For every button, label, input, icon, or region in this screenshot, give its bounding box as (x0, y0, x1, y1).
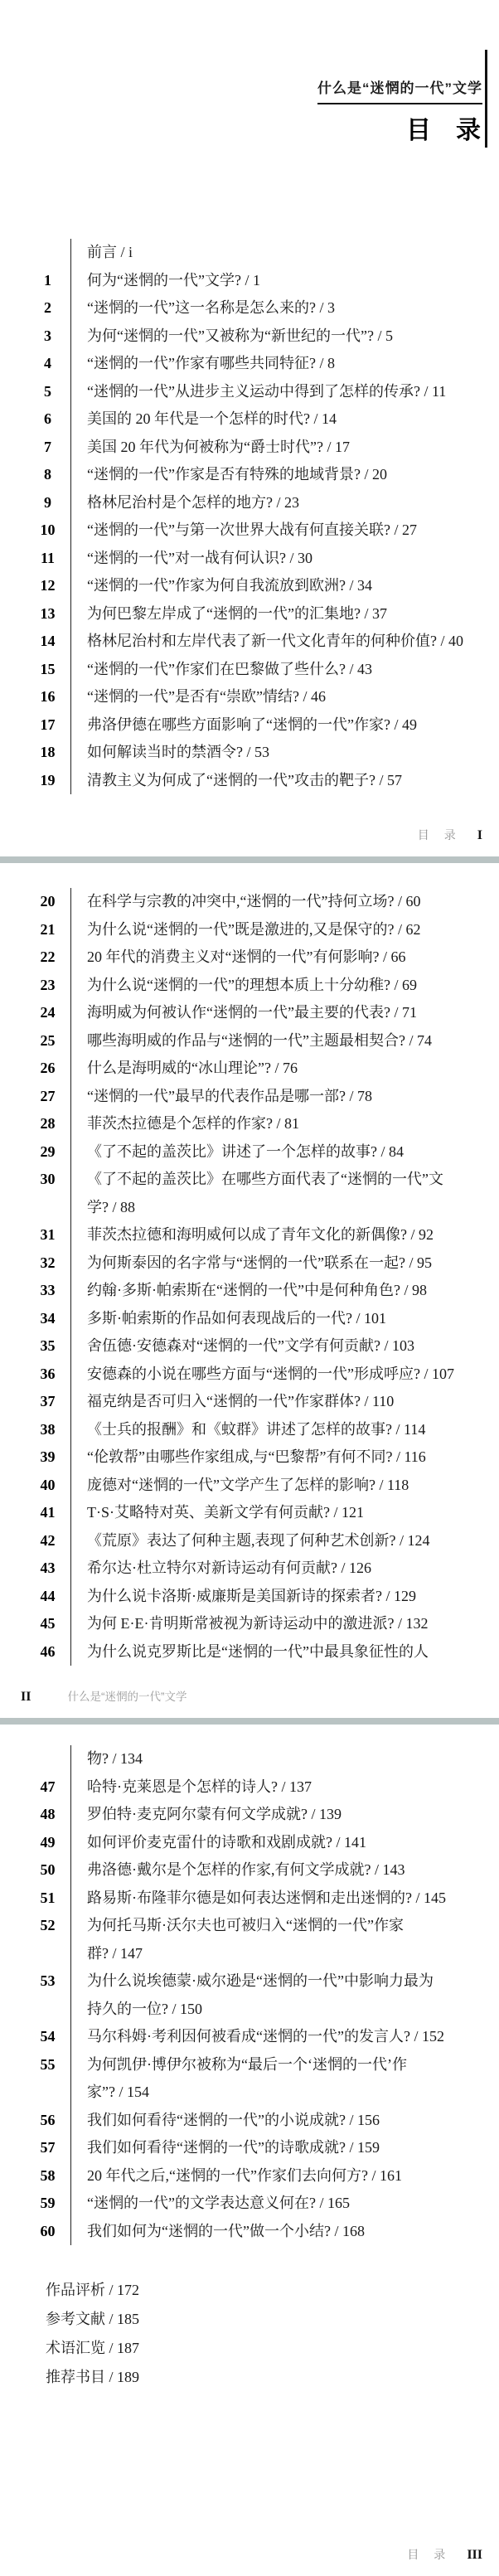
footer-section-label: 目 录 (407, 2546, 447, 2563)
toc-item-number: 16 (25, 683, 70, 711)
page-divider-1 (0, 856, 499, 863)
toc-item-number: 29 (25, 1138, 70, 1167)
toc-item-text: 希尔达·杜立特尔对新诗运动有何贡献? / 126 (70, 1555, 484, 1583)
toc-item-text: “迷惘的一代”作家有哪些共同特征? / 8 (70, 350, 484, 378)
toc-row: 42 《荒原》表达了何种主题,表现了何种艺术创新? / 124 (25, 1527, 484, 1555)
backmatter-item: 推荐书目 / 189 (46, 2363, 499, 2392)
toc-row: 16 “迷惘的一代”是否有“崇欧”情结? / 46 (25, 683, 484, 711)
toc-item-number: 45 (25, 1610, 70, 1638)
toc-item-number: 19 (25, 767, 70, 795)
toc-item-text: 路易斯·布隆菲尔德是如何表达迷惘和走出迷惘的? / 145 (70, 1885, 484, 1913)
toc-item-number: 47 (25, 1773, 70, 1802)
toc-item-number: 44 (25, 1583, 70, 1611)
toc-row: 36 安德森的小说在哪些方面与“迷惘的一代”形成呼应? / 107 (25, 1361, 484, 1389)
toc-item-number: 7 (25, 434, 70, 462)
toc-row: 33 约翰·多斯·帕索斯在“迷惘的一代”中是何种角色? / 98 (25, 1277, 484, 1305)
toc-row: 10 “迷惘的一代”与第一次世界大战有何直接关联? / 27 (25, 517, 484, 545)
toc-list-page3: 物? / 134 47 哈特·克莱恩是个怎样的诗人? / 137 48 罗伯特·… (25, 1725, 484, 2245)
toc-item-number: 52 (25, 1912, 70, 1940)
toc-item-text: 菲茨杰拉德和海明威何以成了青年文化的新偶像? / 92 (70, 1221, 484, 1249)
toc-item-text: 哪些海明威的作品与“迷惘的一代”主题最相契合? / 74 (70, 1027, 484, 1055)
toc-item-text: 为什么说克罗斯比是“迷惘的一代”中最具象征性的人 (70, 1638, 484, 1666)
toc-row: 37 福克纳是否可归入“迷惘的一代”作家群体? / 110 (25, 1388, 484, 1416)
toc-item-number: 18 (25, 739, 70, 767)
toc-item-number: 55 (25, 2051, 70, 2079)
backmatter-item: 参考文献 / 185 (46, 2305, 499, 2334)
toc-item-text: 为什么说卡洛斯·威廉斯是美国新诗的探索者? / 129 (70, 1583, 484, 1611)
toc-row: 39 “伦敦帮”由哪些作家组成,与“巴黎帮”有何不同? / 116 (25, 1443, 484, 1472)
toc-item-number: 3 (25, 323, 70, 351)
toc-row: 22 20 年代的消费主义对“迷惘的一代”有何影响? / 66 (25, 944, 484, 972)
toc-row: 9 格林尼治村是个怎样的地方? / 23 (25, 489, 484, 517)
footer-page-number: II (21, 1690, 31, 1705)
toc-item-number: 25 (25, 1027, 70, 1055)
toc-row: 29 《了不起的盖茨比》讲述了一个怎样的故事? / 84 (25, 1138, 484, 1167)
toc-item-text: “迷惘的一代”最早的代表作品是哪一部? / 78 (70, 1083, 484, 1111)
backmatter-list: 作品评析 / 172 参考文献 / 185 术语汇览 / 187 推荐书目 / … (46, 2276, 499, 2392)
toc-item-text: 何为“迷惘的一代”文学? / 1 (70, 267, 484, 295)
toc-item-text: 《荒原》表达了何种主题,表现了何种艺术创新? / 124 (70, 1527, 484, 1555)
toc-item-text: “迷惘的一代”这一名称是怎么来的? / 3 (70, 294, 484, 323)
toc-item-number: 10 (25, 517, 70, 545)
toc-item-text: “伦敦帮”由哪些作家组成,与“巴黎帮”有何不同? / 116 (70, 1443, 484, 1472)
toc-item-number: 36 (25, 1361, 70, 1389)
toc-item-number: 23 (25, 972, 70, 1000)
toc-row: 57 我们如何看待“迷惘的一代”的诗歌成就? / 159 (25, 2134, 484, 2162)
toc-row: 35 舍伍德·安德森对“迷惘的一代”文学有何贡献? / 103 (25, 1332, 484, 1361)
toc-item-number: 43 (25, 1555, 70, 1583)
toc-row: 13 为何巴黎左岸成了“迷惘的一代”的汇集地? / 37 (25, 600, 484, 628)
toc-row: 5 “迷惘的一代”从进步主义运动中得到了怎样的传承? / 11 (25, 378, 484, 406)
toc-row: 48 罗伯特·麦克阿尔蒙有何文学成就? / 139 (25, 1801, 484, 1829)
toc-item-number: 58 (25, 2162, 70, 2190)
toc-row: 55 为何凯伊·博伊尔被称为“最后一个‘迷惘的一代’作 家”? / 154 (25, 2051, 484, 2107)
footer-running-title: 什么是“迷惘的一代”文学 (67, 1687, 187, 1704)
toc-item-number: 12 (25, 572, 70, 600)
footer-section-label: 目 录 (418, 827, 458, 843)
toc-item-text: “迷惘的一代”的文学表达意义何在? / 165 (70, 2190, 484, 2218)
toc-item-number: 57 (25, 2134, 70, 2162)
toc-item-text: 舍伍德·安德森对“迷惘的一代”文学有何贡献? / 103 (70, 1332, 484, 1361)
toc-row: 25 哪些海明威的作品与“迷惘的一代”主题最相契合? / 74 (25, 1027, 484, 1055)
toc-item-text: 物? / 134 (70, 1745, 484, 1773)
toc-item-number: 8 (25, 461, 70, 489)
toc-item-number: 50 (25, 1856, 70, 1885)
toc-item-number: 59 (25, 2190, 70, 2218)
toc-item-text: 弗洛伊德在哪些方面影响了“迷惘的一代”作家? / 49 (70, 711, 484, 740)
toc-item-text: 《士兵的报酬》和《蚊群》讲述了怎样的故事? / 114 (70, 1416, 484, 1444)
toc-item-text: 《了不起的盖茨比》在哪些方面代表了“迷惘的一代”文 学? / 88 (70, 1166, 484, 1221)
toc-item-text: 为何 E·E·肯明斯常被视为新诗运动中的激进派? / 132 (70, 1610, 484, 1638)
toc-item-number: 33 (25, 1277, 70, 1305)
toc-row: 51 路易斯·布隆菲尔德是如何表达迷惘和走出迷惘的? / 145 (25, 1885, 484, 1913)
toc-row: 7 美国 20 年代为何被称为“爵士时代”? / 17 (25, 434, 484, 462)
toc-item-number: 1 (25, 267, 70, 295)
toc-item-text: 为什么说“迷惘的一代”的理想本质上十分幼稚? / 69 (70, 972, 484, 1000)
toc-item-text: 为何巴黎左岸成了“迷惘的一代”的汇集地? / 37 (70, 600, 484, 628)
toc-item-text: “迷惘的一代”与第一次世界大战有何直接关联? / 27 (70, 517, 484, 545)
backmatter-item: 作品评析 / 172 (46, 2276, 499, 2305)
toc-item-text: “迷惘的一代”作家是否有特殊的地域背景? / 20 (70, 461, 484, 489)
toc-item-number: 27 (25, 1083, 70, 1111)
page1-footer: 目 录 I (418, 827, 482, 843)
toc-row: 52 为何托马斯·沃尔夫也可被归入“迷惘的一代”作家 群? / 147 (25, 1912, 484, 1967)
toc-item-text: 福克纳是否可归入“迷惘的一代”作家群体? / 110 (70, 1388, 484, 1416)
toc-item-number: 20 (25, 888, 70, 916)
toc-item-number: 46 (25, 1638, 70, 1666)
toc-item-number: 42 (25, 1527, 70, 1555)
page3-footer: 目 录 III (407, 2546, 482, 2563)
toc-item-text: “迷惘的一代”作家们在巴黎做了些什么? / 43 (70, 656, 484, 684)
toc-item-number: 28 (25, 1110, 70, 1138)
toc-item-number: 17 (25, 711, 70, 740)
toc-row: 28 菲茨杰拉德是个怎样的作家? / 81 (25, 1110, 484, 1138)
toc-row: 43 希尔达·杜立特尔对新诗运动有何贡献? / 126 (25, 1555, 484, 1583)
toc-item-number: 24 (25, 999, 70, 1027)
page-divider-2 (0, 1718, 499, 1725)
toc-item-text: 海明威为何被认作“迷惘的一代”最主要的代表? / 71 (70, 999, 484, 1027)
toc-row: 19 清教主义为何成了“迷惘的一代”攻击的靶子? / 57 (25, 767, 484, 795)
toc-item-text: 前言 / i (70, 239, 484, 267)
page-header: 什么是“迷惘的一代”文学 (0, 76, 499, 104)
toc-item-text: 我们如何看待“迷惘的一代”的诗歌成就? / 159 (70, 2134, 484, 2162)
toc-item-text: 多斯·帕索斯的作品如何表现战后的一代? / 101 (70, 1305, 484, 1333)
toc-item-text: 为何“迷惘的一代”又被称为“新世纪的一代”? / 5 (70, 323, 484, 351)
toc-title: 目 录 (0, 116, 499, 146)
toc-item-number: 53 (25, 1967, 70, 1996)
toc-item-text: T·S·艾略特对英、美新文学有何贡献? / 121 (70, 1499, 484, 1527)
toc-item-text: 在科学与宗教的冲突中,“迷惘的一代”持何立场? / 60 (70, 888, 484, 916)
toc-list-page1: 前言 / i 1 何为“迷惘的一代”文学? / 1 2 “迷惘的一代”这一名称是… (25, 239, 484, 794)
toc-item-text: 约翰·多斯·帕索斯在“迷惘的一代”中是何种角色? / 98 (70, 1277, 484, 1305)
toc-row: 46 为什么说克罗斯比是“迷惘的一代”中最具象征性的人 (25, 1638, 484, 1666)
toc-item-number: 48 (25, 1801, 70, 1829)
toc-row: 15 “迷惘的一代”作家们在巴黎做了些什么? / 43 (25, 656, 484, 684)
toc-row: 59 “迷惘的一代”的文学表达意义何在? / 165 (25, 2190, 484, 2218)
toc-item-number: 35 (25, 1332, 70, 1361)
toc-item-text: 格林尼治村是个怎样的地方? / 23 (70, 489, 484, 517)
toc-row: 58 20 年代之后,“迷惘的一代”作家们去向何方? / 161 (25, 2162, 484, 2190)
toc-row-preface: 前言 / i (25, 239, 484, 267)
footer-page-number: III (467, 2548, 482, 2563)
toc-item-text: 哈特·克莱恩是个怎样的诗人? / 137 (70, 1773, 484, 1802)
toc-item-number: 4 (25, 350, 70, 378)
toc-item-text: “迷惘的一代”对一战有何认识? / 30 (70, 545, 484, 573)
toc-item-text: 安德森的小说在哪些方面与“迷惘的一代”形成呼应? / 107 (70, 1361, 484, 1389)
toc-item-number: 54 (25, 2023, 70, 2051)
toc-row: 8 “迷惘的一代”作家是否有特殊的地域背景? / 20 (25, 461, 484, 489)
toc-item-number: 38 (25, 1416, 70, 1444)
toc-row: 23 为什么说“迷惘的一代”的理想本质上十分幼稚? / 69 (25, 972, 484, 1000)
toc-row: 50 弗洛德·戴尔是个怎样的作家,有何文学成就? / 143 (25, 1856, 484, 1885)
page2-footer: II 什么是“迷惘的一代”文学 (21, 1687, 187, 1705)
toc-row: 17 弗洛伊德在哪些方面影响了“迷惘的一代”作家? / 49 (25, 711, 484, 740)
toc-item-text: 清教主义为何成了“迷惘的一代”攻击的靶子? / 57 (70, 767, 484, 795)
toc-item-number: 15 (25, 656, 70, 684)
toc-item-text: 20 年代的消费主义对“迷惘的一代”有何影响? / 66 (70, 944, 484, 972)
toc-row-continuation: 物? / 134 (25, 1745, 484, 1773)
running-title: 什么是“迷惘的一代”文学 (317, 76, 482, 104)
toc-row: 40 庞德对“迷惘的一代”文学产生了怎样的影响? / 118 (25, 1472, 484, 1500)
toc-item-text: 为什么说埃德蒙·威尔逊是“迷惘的一代”中影响力最为 持久的一位? / 150 (70, 1967, 484, 2023)
toc-row: 4 “迷惘的一代”作家有哪些共同特征? / 8 (25, 350, 484, 378)
toc-row: 56 我们如何看待“迷惘的一代”的小说成就? / 156 (25, 2107, 484, 2135)
toc-item-text: 格林尼治村和左岸代表了新一代文化青年的何种价值? / 40 (70, 628, 484, 656)
toc-item-number: 39 (25, 1443, 70, 1472)
toc-row: 30 《了不起的盖茨比》在哪些方面代表了“迷惘的一代”文 学? / 88 (25, 1166, 484, 1221)
toc-item-number: 13 (25, 600, 70, 628)
toc-row: 27 “迷惘的一代”最早的代表作品是哪一部? / 78 (25, 1083, 484, 1111)
toc-item-text: 为何托马斯·沃尔夫也可被归入“迷惘的一代”作家 群? / 147 (70, 1912, 484, 1967)
toc-row: 3 为何“迷惘的一代”又被称为“新世纪的一代”? / 5 (25, 323, 484, 351)
toc-row: 14 格林尼治村和左岸代表了新一代文化青年的何种价值? / 40 (25, 628, 484, 656)
toc-row: 53 为什么说埃德蒙·威尔逊是“迷惘的一代”中影响力最为 持久的一位? / 15… (25, 1967, 484, 2023)
toc-item-text: 20 年代之后,“迷惘的一代”作家们去向何方? / 161 (70, 2162, 484, 2190)
toc-item-number: 60 (25, 2218, 70, 2246)
toc-item-text: 为什么说“迷惘的一代”既是激进的,又是保守的? / 62 (70, 916, 484, 944)
toc-row: 34 多斯·帕索斯的作品如何表现战后的一代? / 101 (25, 1305, 484, 1333)
toc-row: 31 菲茨杰拉德和海明威何以成了青年文化的新偶像? / 92 (25, 1221, 484, 1249)
toc-item-number: 31 (25, 1221, 70, 1249)
toc-page-3: 物? / 134 47 哈特·克莱恩是个怎样的诗人? / 137 48 罗伯特·… (0, 1725, 499, 2576)
toc-item-text: 罗伯特·麦克阿尔蒙有何文学成就? / 139 (70, 1801, 484, 1829)
footer-page-number: I (477, 828, 482, 843)
toc-item-number: 56 (25, 2107, 70, 2135)
toc-page-1: 什么是“迷惘的一代”文学 目 录 前言 / i 1 何为“迷惘的一代”文学? /… (0, 0, 499, 856)
toc-row: 12 “迷惘的一代”作家为何自我流放到欧洲? / 34 (25, 572, 484, 600)
toc-item-text: 我们如何为“迷惘的一代”做一个小结? / 168 (70, 2218, 484, 2246)
toc-row: 45 为何 E·E·肯明斯常被视为新诗运动中的激进派? / 132 (25, 1610, 484, 1638)
toc-item-text: 菲茨杰拉德是个怎样的作家? / 81 (70, 1110, 484, 1138)
toc-item-number: 22 (25, 944, 70, 972)
toc-item-number: 34 (25, 1305, 70, 1333)
toc-row: 2 “迷惘的一代”这一名称是怎么来的? / 3 (25, 294, 484, 323)
toc-item-number: 40 (25, 1472, 70, 1500)
toc-item-number: 30 (25, 1166, 70, 1194)
toc-row: 26 什么是海明威的“冰山理论”? / 76 (25, 1055, 484, 1083)
toc-row: 20 在科学与宗教的冲突中,“迷惘的一代”持何立场? / 60 (25, 888, 484, 916)
toc-item-number: 14 (25, 628, 70, 656)
toc-item-number: 37 (25, 1388, 70, 1416)
toc-item-number: 32 (25, 1249, 70, 1278)
toc-item-text: 马尔科姆·考利因何被看成“迷惘的一代”的发言人? / 152 (70, 2023, 484, 2051)
toc-item-number: 6 (25, 405, 70, 434)
toc-item-text: “迷惘的一代”作家为何自我流放到欧洲? / 34 (70, 572, 484, 600)
toc-row: 49 如何评价麦克雷什的诗歌和戏剧成就? / 141 (25, 1829, 484, 1857)
toc-item-text: 为何斯泰因的名字常与“迷惘的一代”联系在一起? / 95 (70, 1249, 484, 1278)
toc-row: 18 如何解读当时的禁酒令? / 53 (25, 739, 484, 767)
toc-item-number: 51 (25, 1885, 70, 1913)
toc-item-number: 49 (25, 1829, 70, 1857)
toc-item-number: 5 (25, 378, 70, 406)
toc-item-text: 为何凯伊·博伊尔被称为“最后一个‘迷惘的一代’作 家”? / 154 (70, 2051, 484, 2107)
toc-row: 32 为何斯泰因的名字常与“迷惘的一代”联系在一起? / 95 (25, 1249, 484, 1278)
toc-item-text: 什么是海明威的“冰山理论”? / 76 (70, 1055, 484, 1083)
toc-item-number: 41 (25, 1499, 70, 1527)
toc-row: 41 T·S·艾略特对英、美新文学有何贡献? / 121 (25, 1499, 484, 1527)
toc-row: 6 美国的 20 年代是一个怎样的时代? / 14 (25, 405, 484, 434)
toc-row: 11 “迷惘的一代”对一战有何认识? / 30 (25, 545, 484, 573)
toc-row: 24 海明威为何被认作“迷惘的一代”最主要的代表? / 71 (25, 999, 484, 1027)
toc-item-number: 9 (25, 489, 70, 517)
toc-item-text: “迷惘的一代”从进步主义运动中得到了怎样的传承? / 11 (70, 378, 484, 406)
toc-row: 60 我们如何为“迷惘的一代”做一个小结? / 168 (25, 2218, 484, 2246)
toc-item-text: 我们如何看待“迷惘的一代”的小说成就? / 156 (70, 2107, 484, 2135)
toc-item-text: “迷惘的一代”是否有“崇欧”情结? / 46 (70, 683, 484, 711)
toc-row: 21 为什么说“迷惘的一代”既是激进的,又是保守的? / 62 (25, 916, 484, 944)
toc-row: 47 哈特·克莱恩是个怎样的诗人? / 137 (25, 1773, 484, 1802)
toc-row: 38 《士兵的报酬》和《蚊群》讲述了怎样的故事? / 114 (25, 1416, 484, 1444)
toc-page-2: 20 在科学与宗教的冲突中,“迷惘的一代”持何立场? / 60 21 为什么说“… (0, 863, 499, 1718)
toc-item-text: 《了不起的盖茨比》讲述了一个怎样的故事? / 84 (70, 1138, 484, 1167)
toc-list-page2: 20 在科学与宗教的冲突中,“迷惘的一代”持何立场? / 60 21 为什么说“… (25, 863, 484, 1666)
toc-item-text: 弗洛德·戴尔是个怎样的作家,有何文学成就? / 143 (70, 1856, 484, 1885)
backmatter-item: 术语汇览 / 187 (46, 2334, 499, 2363)
toc-item-text: 庞德对“迷惘的一代”文学产生了怎样的影响? / 118 (70, 1472, 484, 1500)
toc-row: 54 马尔科姆·考利因何被看成“迷惘的一代”的发言人? / 152 (25, 2023, 484, 2051)
toc-row: 1 何为“迷惘的一代”文学? / 1 (25, 267, 484, 295)
toc-item-number: 11 (25, 545, 70, 573)
toc-item-text: 美国 20 年代为何被称为“爵士时代”? / 17 (70, 434, 484, 462)
toc-item-number: 2 (25, 294, 70, 323)
toc-item-text: 美国的 20 年代是一个怎样的时代? / 14 (70, 405, 484, 434)
toc-item-number: 26 (25, 1055, 70, 1083)
header-corner-rule (485, 50, 487, 148)
toc-row: 44 为什么说卡洛斯·威廉斯是美国新诗的探索者? / 129 (25, 1583, 484, 1611)
toc-item-text: 如何解读当时的禁酒令? / 53 (70, 739, 484, 767)
toc-item-number: 21 (25, 916, 70, 944)
toc-item-text: 如何评价麦克雷什的诗歌和戏剧成就? / 141 (70, 1829, 484, 1857)
